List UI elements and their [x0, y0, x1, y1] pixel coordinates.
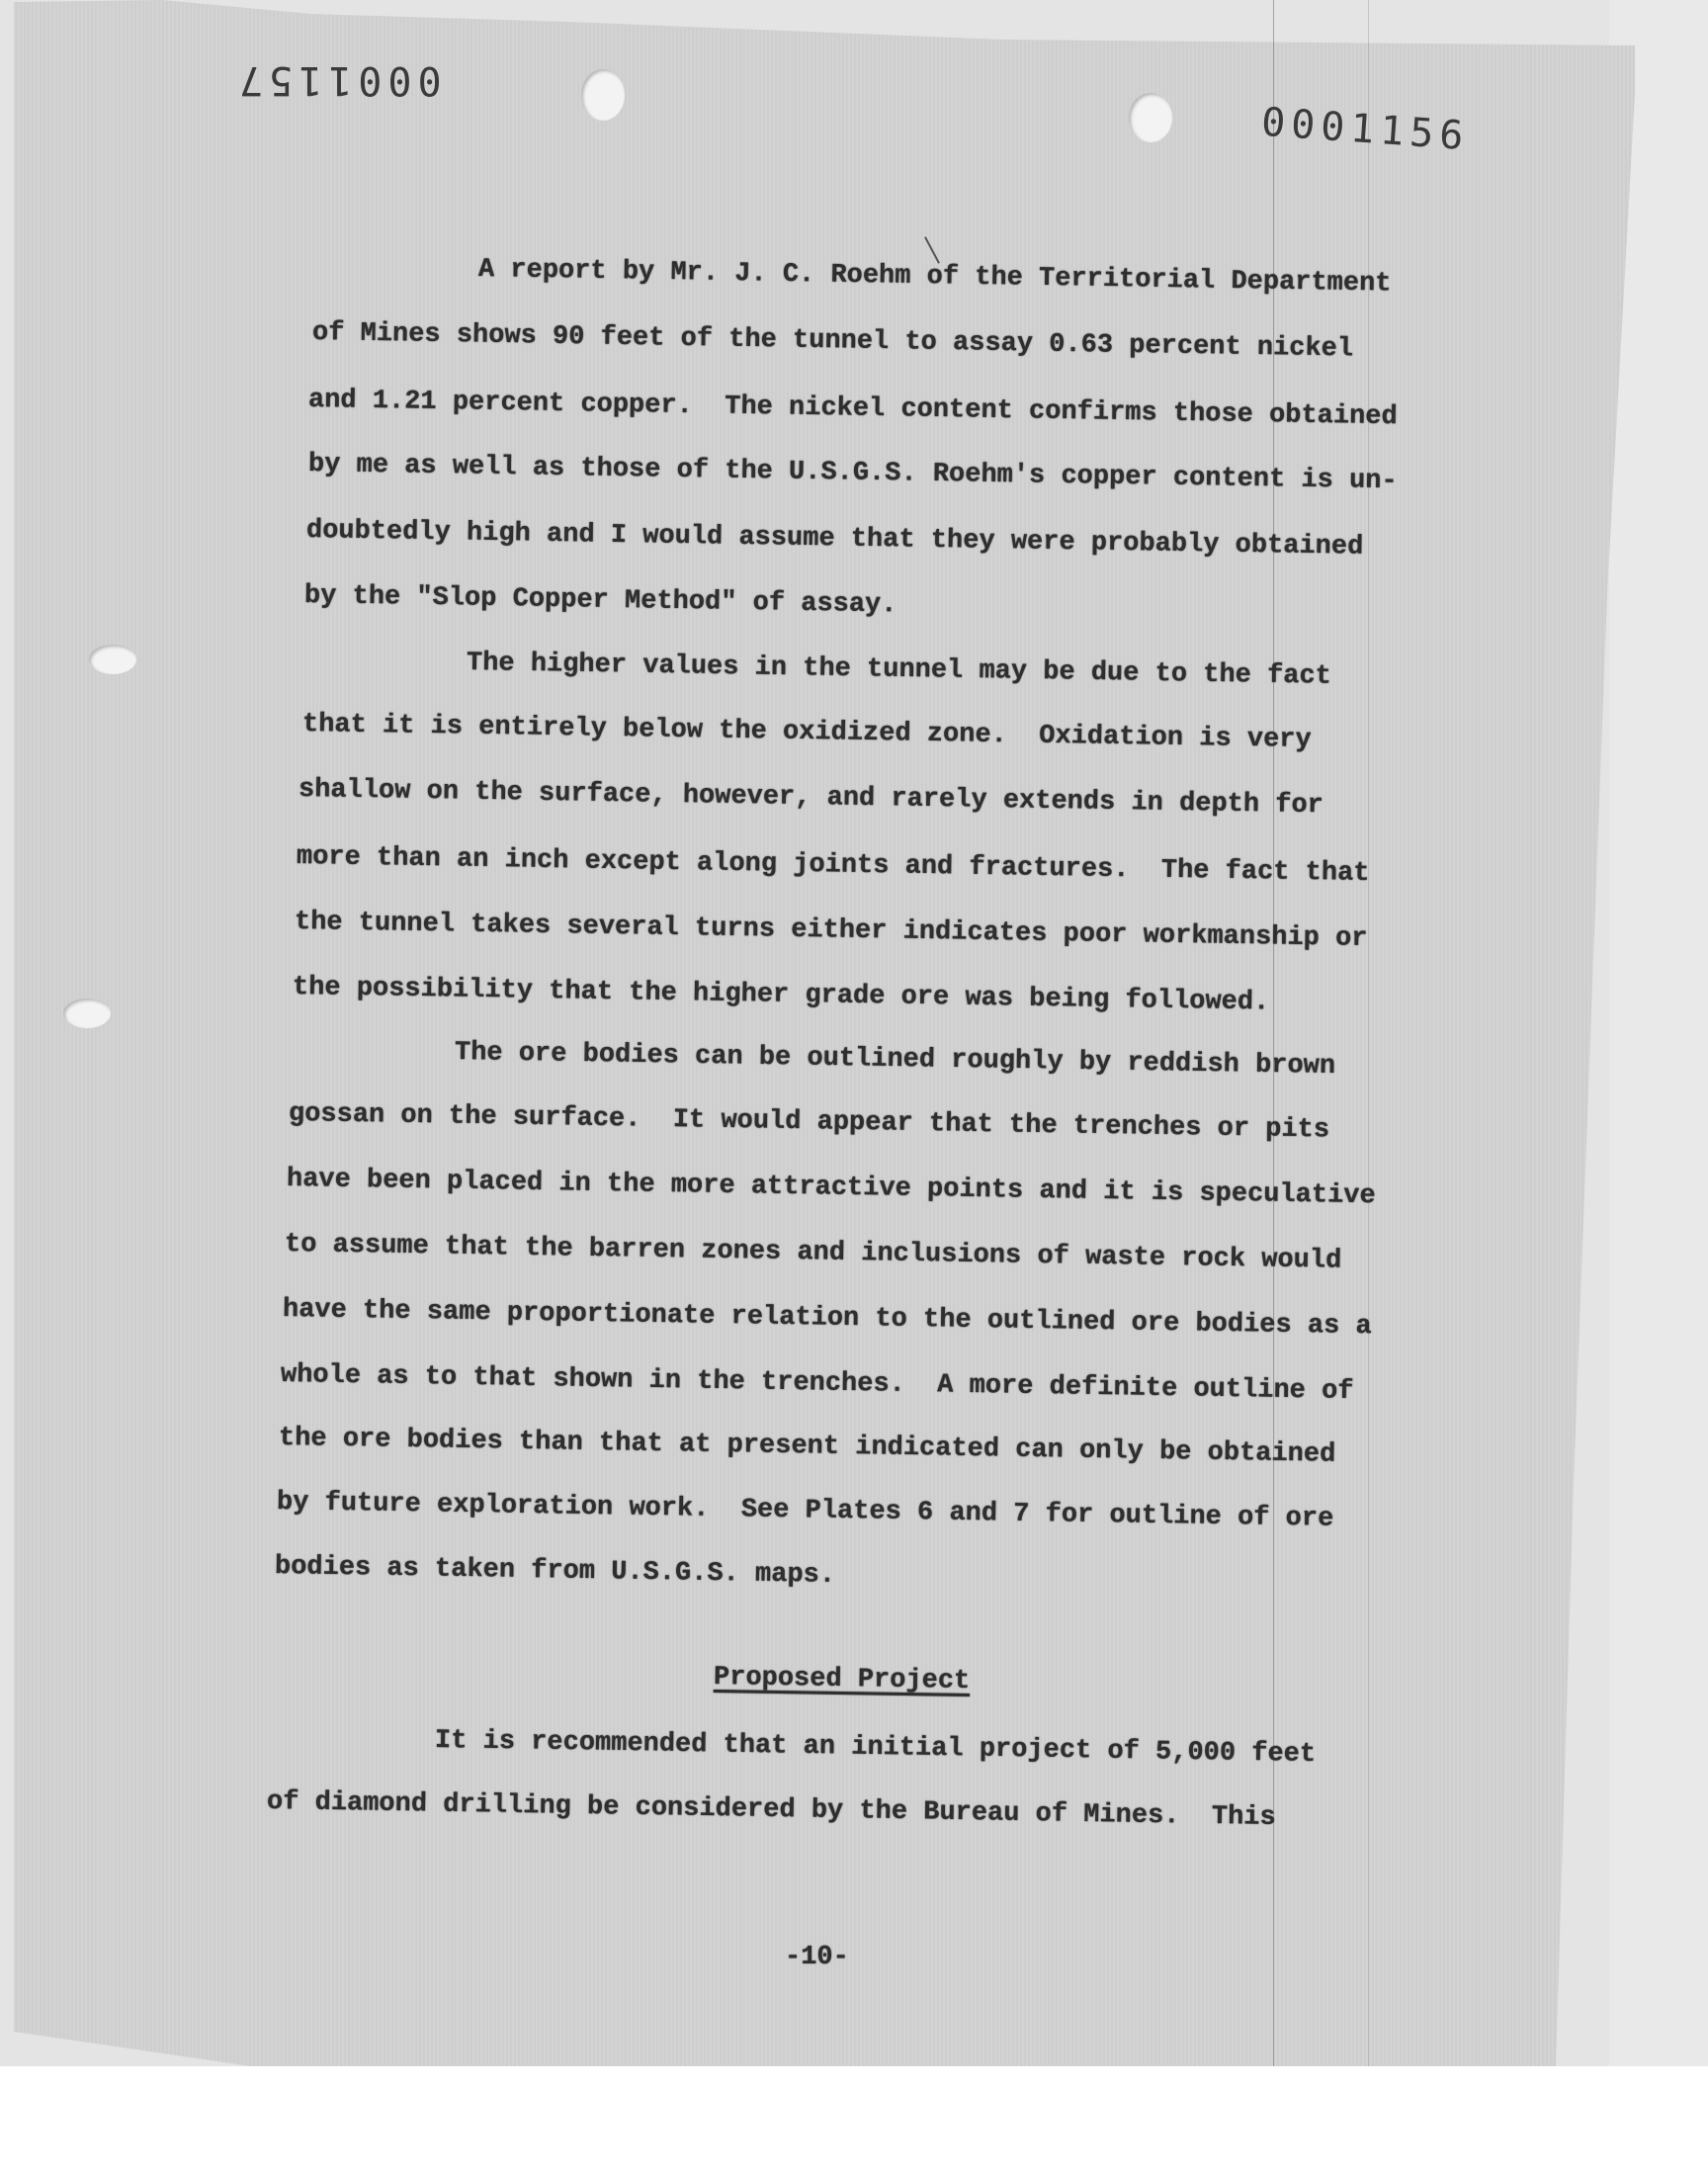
text-line: It is recommended that an initial projec…	[435, 1726, 1317, 1770]
text-line: whole as to that shown in the trenches. …	[281, 1360, 1354, 1407]
text-line: by the "Slop Copper Method" of assay.	[304, 581, 897, 620]
section-heading: Proposed Project	[714, 1663, 971, 1696]
text-line: by me as well as those of the U.S.G.S. R…	[308, 450, 1398, 496]
text-line: The higher values in the tunnel may be d…	[467, 649, 1331, 692]
document-body: A report by Mr. J. C. Roehm of the Terri…	[0, 0, 1708, 2066]
text-line: the ore bodies than that at present indi…	[279, 1424, 1336, 1470]
text-line: A report by Mr. J. C. Roehm of the Terri…	[478, 255, 1392, 300]
text-line: doubtedly high and I would assume that t…	[306, 516, 1364, 563]
page-number: -10-	[785, 1943, 849, 1972]
text-line: the possibility that the higher grade or…	[293, 973, 1270, 1018]
text-line: by future exploration work. See Plates 6…	[277, 1488, 1334, 1534]
text-line: more than an inch except along joints an…	[297, 842, 1370, 889]
text-line: of Mines shows 90 feet of the tunnel to …	[312, 318, 1354, 365]
text-line: shallow on the surface, however, and rar…	[299, 775, 1324, 821]
text-line: have been placed in the more attractive …	[287, 1165, 1376, 1211]
text-line: bodies as taken from U.S.G.S. maps.	[275, 1552, 835, 1591]
text-line: gossan on the surface. It would appear t…	[289, 1099, 1330, 1146]
text-line: and 1.21 percent copper. The nickel cont…	[308, 386, 1398, 432]
text-line: of diamond drilling be considered by the…	[267, 1787, 1276, 1833]
text-line: to assume that the barren zones and incl…	[285, 1230, 1342, 1276]
text-line: the tunnel takes several turns either in…	[295, 908, 1368, 954]
text-line: have the same proportionate relation to …	[283, 1295, 1372, 1342]
text-line: The ore bodies can be outlined roughly b…	[455, 1038, 1336, 1082]
text-line: that it is entirely below the oxidized z…	[302, 710, 1312, 755]
